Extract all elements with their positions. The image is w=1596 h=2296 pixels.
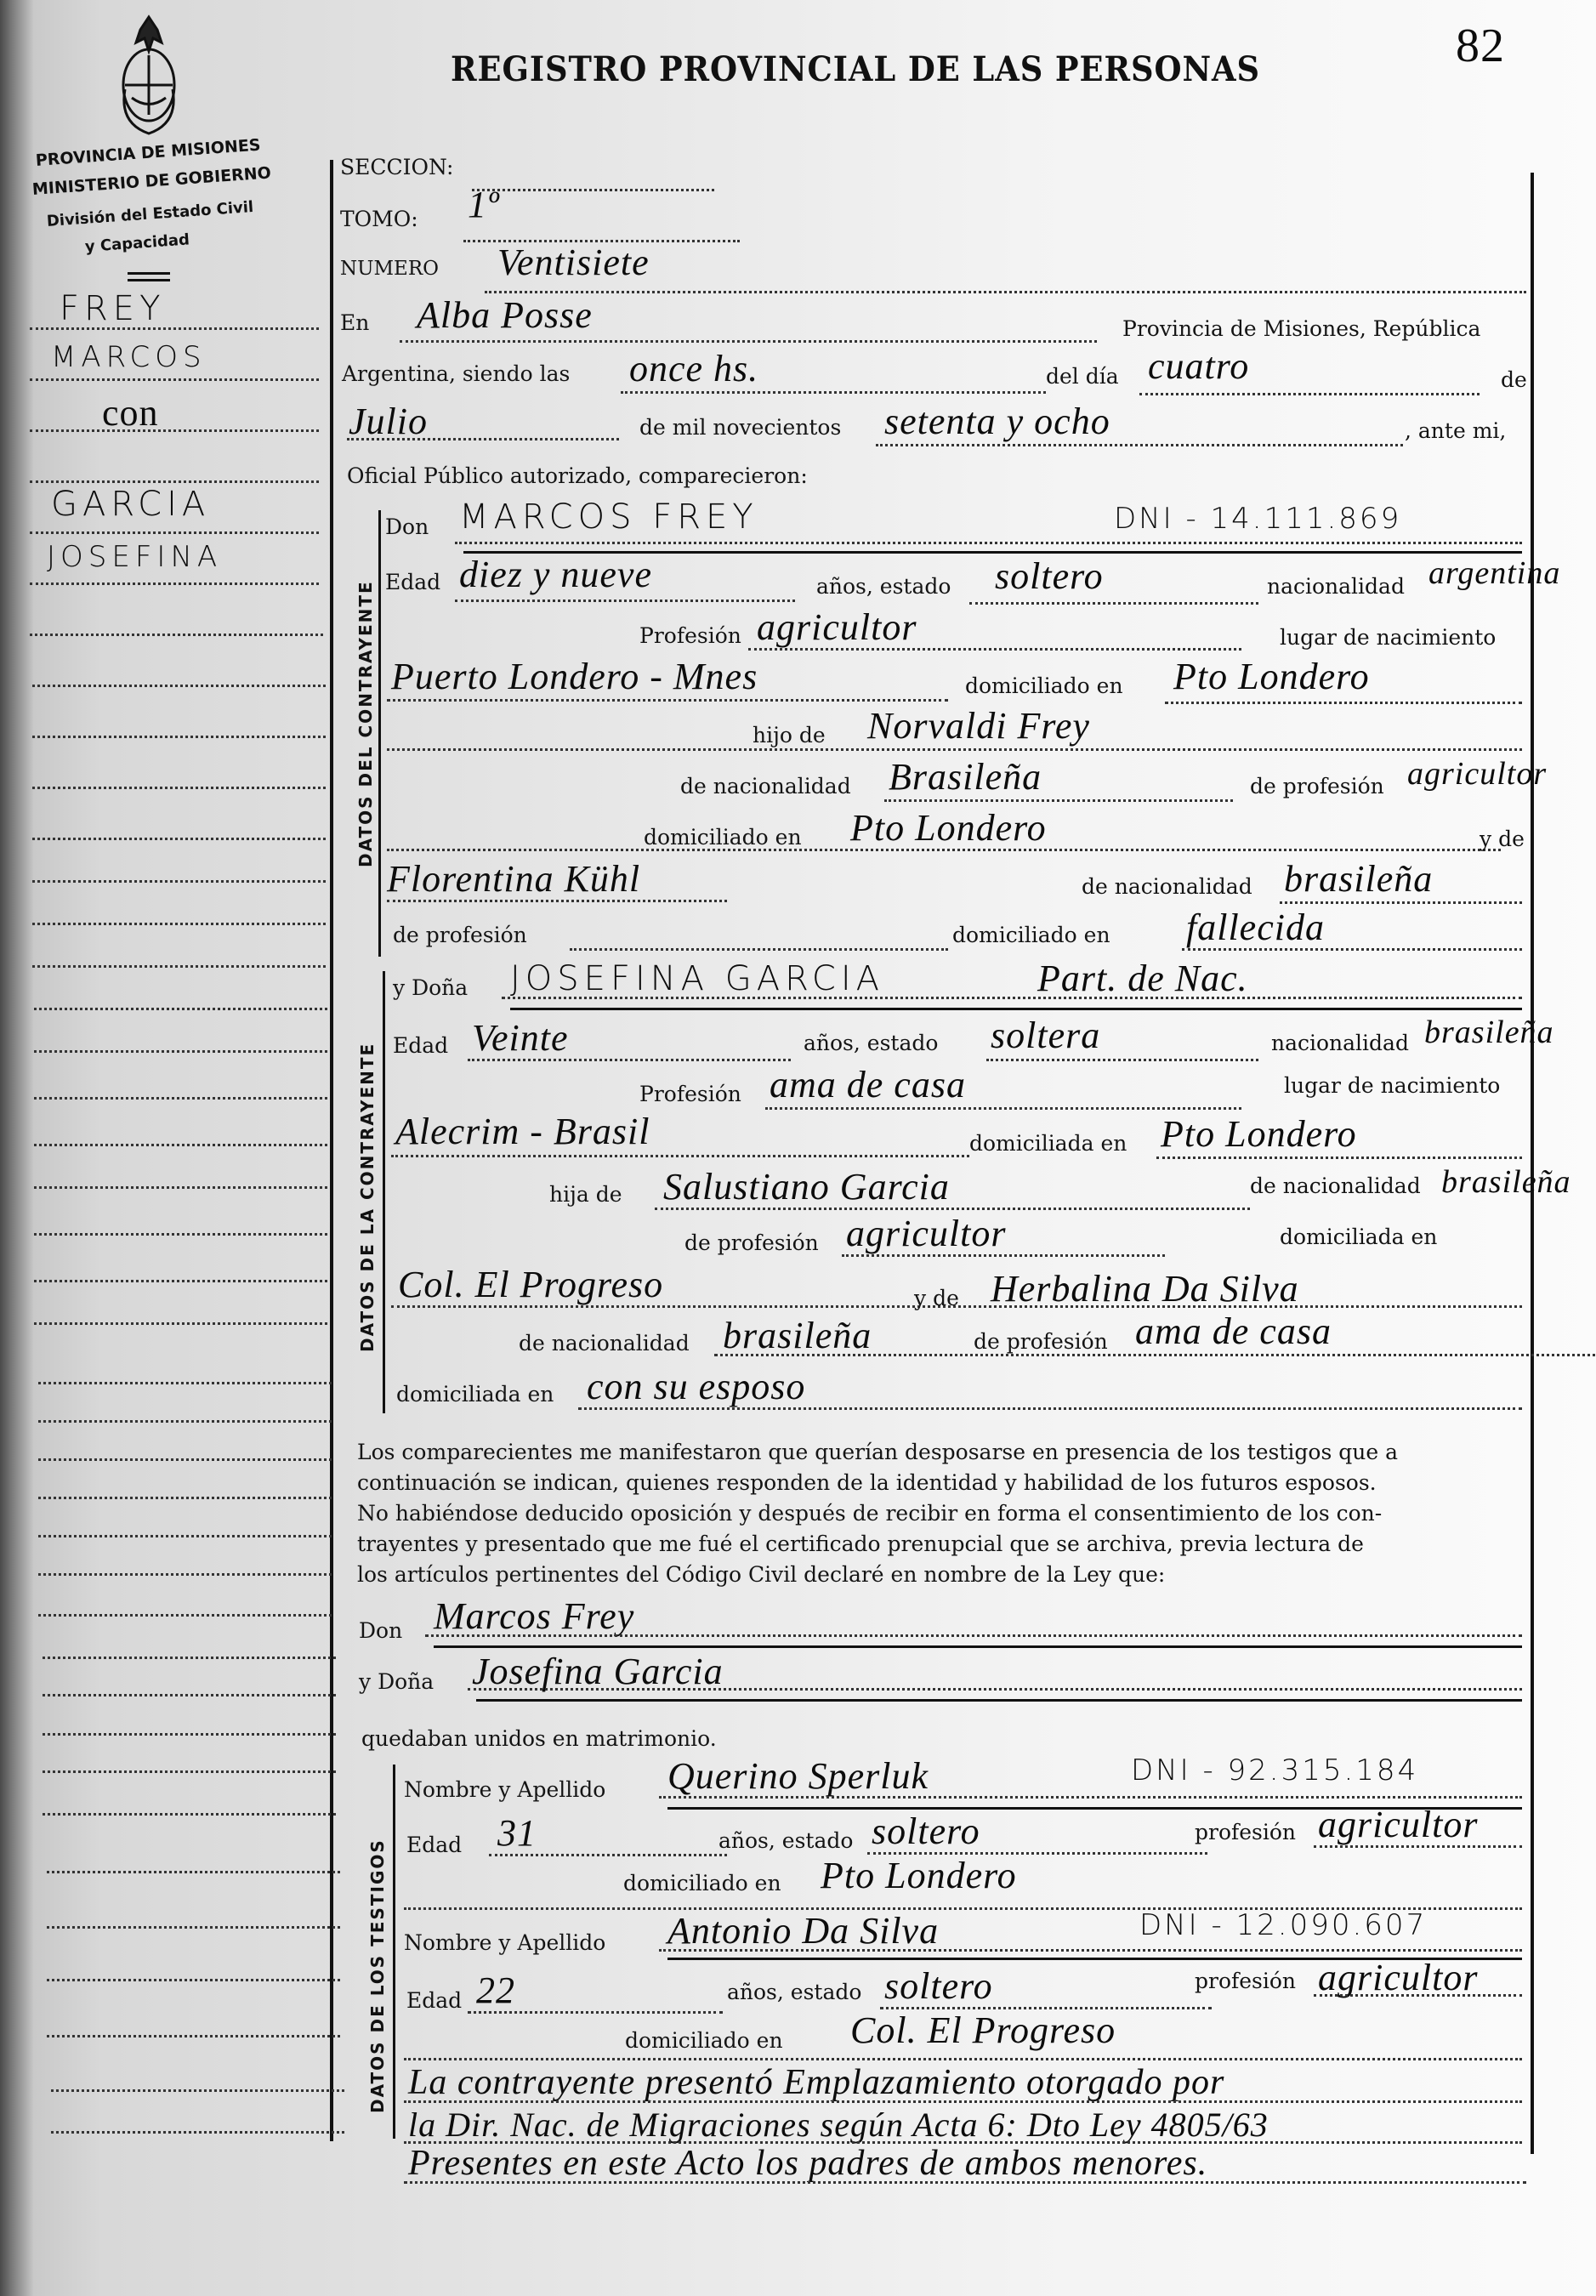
testigo1-documento[interactable]: DNI - 92.315.184 (1131, 1753, 1418, 1787)
section-label-testigos: DATOS DE LOS TESTIGOS (367, 1839, 388, 2113)
declaracion-line: trayentes y presentado que me fué el cer… (357, 1529, 1526, 1560)
testigo1-nombre-label: Nombre y Apellido (404, 1777, 605, 1802)
y-de-label: y de (914, 1286, 959, 1310)
padre-nac-line (884, 799, 1233, 802)
padre-profesion-label: de profesión (1250, 774, 1384, 798)
obs-line (404, 2100, 1522, 2103)
testigo1-edad[interactable]: 31 (497, 1811, 537, 1855)
dia-line (1139, 393, 1480, 395)
nacionalidad-label: nacionalidad (1271, 1031, 1409, 1055)
declaracion-line: Los comparecientes me manifestaron que q… (357, 1437, 1526, 1468)
hijo-de-label: hijo de (753, 723, 826, 747)
testigo2-estado-label: años, estado (727, 1980, 861, 2004)
testigo1-domiciliado-label: domiciliado en (623, 1871, 781, 1895)
seccion-label: SECCION: (340, 155, 453, 179)
contrayente-profesion[interactable]: agricultor (757, 605, 917, 649)
contrayenta-nota[interactable]: Part. de Nac. (1037, 957, 1248, 1000)
dona-line (502, 997, 1522, 999)
domiciliado-label: domiciliado en (965, 673, 1123, 698)
dona-label: y Doña (393, 975, 468, 1000)
page-number: 82 (1456, 19, 1505, 73)
contrayenta-madre-profesion[interactable]: ama de casa (1135, 1310, 1332, 1353)
contrayente-domicilio[interactable]: Pto Londero (1173, 655, 1370, 698)
testigo1-nombre-line (659, 1796, 1522, 1799)
divider (128, 279, 170, 281)
testigo2-domicilio[interactable]: Col. El Progreso (850, 2009, 1116, 2052)
padre-profesion-label: de profesión (684, 1230, 819, 1255)
contrayenta-edad[interactable]: Veinte (472, 1016, 569, 1060)
contrayente-estado[interactable]: soltero (995, 554, 1104, 598)
don-label: Don (385, 514, 429, 539)
edad-line (455, 600, 795, 602)
testigo2-domiciliado-label: domiciliado en (625, 2028, 783, 2053)
contrayenta-padre-profesion[interactable]: agricultor (846, 1212, 1006, 1255)
contrayenta-lugar-nacimiento[interactable]: Alecrim - Brasil (395, 1110, 650, 1153)
section-label-contrayente: DATOS DEL CONTRAYENTE (355, 580, 376, 867)
mes-line (347, 438, 619, 440)
agency-line: MINISTERIO DE GOBIERNO (31, 163, 271, 199)
edad-label: Edad (393, 1033, 448, 1058)
nacionalidad-label: nacionalidad (1267, 574, 1405, 599)
margin-index-name: MARCOS (51, 340, 207, 374)
madre-line (387, 900, 727, 902)
quedaban-text: quedaban unidos en matrimonio. (361, 1726, 717, 1751)
padre-domiciliado-label: domiciliado en (644, 825, 802, 850)
testigo1-nombre[interactable]: Querino Sperluk (667, 1754, 929, 1798)
madre-nac-line (1280, 901, 1522, 904)
padre-line (387, 748, 1522, 751)
profesion-line (748, 648, 1241, 651)
profesion-label: Profesión (639, 1082, 741, 1106)
testigo2-estado[interactable]: soltero (884, 1964, 993, 2008)
lugar-line (400, 340, 1097, 343)
argentina-text: Argentina, siendo las (342, 361, 570, 386)
don-rule (434, 1645, 1522, 1648)
contrayenta-padre-nacionalidad[interactable]: brasileña (1441, 1163, 1571, 1201)
margin-border (330, 160, 333, 2141)
madre-nacionalidad-label: de nacionalidad (519, 1331, 690, 1355)
madre-profesion-label: de profesión (393, 923, 527, 947)
madre-prof-line (570, 948, 948, 951)
contrayenta-padre[interactable]: Salustiano Garcia (663, 1165, 950, 1208)
testigo2-domicilio-line (404, 2058, 1522, 2060)
anios-estado-label: años, estado (816, 574, 951, 599)
margin-index-connector: con (102, 391, 159, 435)
section-border (383, 971, 385, 1413)
padre-line (655, 1208, 1250, 1210)
madre-nacionalidad-label: de nacionalidad (1082, 874, 1252, 899)
seccion-field[interactable] (472, 189, 714, 191)
testigo2-nombre-line (659, 1949, 1522, 1952)
contrayenta-madre[interactable]: Herbalina Da Silva (991, 1267, 1299, 1310)
testigo2-documento[interactable]: DNI - 12.090.607 (1139, 1908, 1427, 1942)
lugar-value[interactable]: Alba Posse (417, 293, 593, 337)
coat-of-arms-icon (115, 13, 183, 140)
profesion-label: Profesión (639, 623, 741, 648)
nacimiento-line (391, 1155, 969, 1157)
contrayente-padre[interactable]: Norvaldi Frey (867, 704, 1090, 747)
declaracion-don-value[interactable]: Marcos Frey (434, 1594, 634, 1638)
testigo1-profesion-label: profesión (1195, 1820, 1296, 1844)
padre-nacionalidad-label: de nacionalidad (680, 774, 851, 798)
section-label-contrayenta: DATOS DE LA CONTRAYENTE (357, 1043, 378, 1352)
divider (128, 272, 170, 275)
document-title: REGISTRO PROVINCIAL DE LAS PERSONAS (451, 49, 1260, 89)
testigo1-edad-line (489, 1854, 727, 1856)
mes-value[interactable]: Julio (349, 400, 428, 443)
contrayente-madre[interactable]: Florentina Kühl (387, 857, 640, 901)
anios-estado-label: años, estado (804, 1031, 938, 1055)
padre-nacionalidad-label: de nacionalidad (1250, 1174, 1421, 1198)
margin-index-name: JOSEFINA (47, 540, 222, 574)
agency-line: PROVINCIA DE MISIONES (35, 136, 261, 170)
testigo1-domicilio[interactable]: Pto Londero (821, 1854, 1017, 1897)
contrayenta-nacionalidad[interactable]: brasileña (1424, 1014, 1554, 1051)
madre-domiciliado-label: domiciliado en (952, 923, 1110, 947)
declaracion-dona-value[interactable]: Josefina Garcia (472, 1650, 724, 1693)
padre-domiciliada-label: domiciliada en (1280, 1225, 1437, 1249)
edad-line (468, 1059, 791, 1061)
testigo2-edad[interactable]: 22 (476, 1969, 515, 2012)
contrayenta-domicilio[interactable]: Pto Londero (1161, 1112, 1357, 1156)
margin-index-surname: GARCIA (51, 485, 210, 524)
padre-prof-line (842, 1254, 1165, 1257)
margin-index-surname: FREY (60, 289, 166, 328)
lugar-nacimiento-label: lugar de nacimiento (1280, 625, 1496, 650)
testigo1-estado[interactable]: soltero (872, 1810, 980, 1853)
madre-domiciliada-label: domiciliada en (396, 1382, 554, 1407)
dona-rule (510, 1008, 1522, 1010)
numero-value[interactable]: Ventisiete (497, 241, 650, 284)
testigo1-edad-label: Edad (406, 1833, 462, 1857)
testigo2-edad-line (468, 2011, 723, 2014)
provincia-text: Provincia de Misiones, República (1122, 316, 1480, 341)
contrayente-madre-domicilio[interactable]: fallecida (1186, 906, 1325, 949)
contrayenta-madre-nacionalidad[interactable]: brasileña (723, 1314, 872, 1357)
domiciliada-label: domiciliada en (969, 1131, 1127, 1156)
contrayenta-madre-domicilio[interactable]: con su esposo (587, 1365, 805, 1408)
declaracion-don-label: Don (359, 1618, 402, 1643)
madre-dom-line (1182, 948, 1522, 951)
declaracion-dona-label: y Doña (359, 1669, 434, 1694)
lugar-nacimiento-label: lugar de nacimiento (1284, 1073, 1500, 1098)
nacimiento-line (387, 699, 948, 702)
nombre-line (455, 542, 1522, 544)
contrayenta-padre-domicilio[interactable]: Col. El Progreso (398, 1263, 663, 1306)
contrayenta-estado[interactable]: soltera (991, 1014, 1100, 1057)
y-de-label: y de (1480, 827, 1525, 851)
agency-line: División del Estado Civil (46, 198, 253, 230)
numero-line (485, 291, 1526, 293)
contrayente-documento[interactable]: DNI - 14.111.869 (1114, 502, 1401, 536)
dia-label: del día (1046, 364, 1119, 389)
madre-nac-line (714, 1354, 1596, 1356)
oficial-text: Oficial Público autorizado, compareciero… (347, 463, 808, 488)
ante-mi-text: , ante mi, (1405, 418, 1506, 443)
anio-label: de mil novecientos (639, 415, 841, 440)
testigo2-profesion[interactable]: agricultor (1318, 1956, 1478, 1999)
declaracion-line: No habiéndose deducido oposición y despu… (357, 1498, 1526, 1529)
obs-line (404, 2181, 1526, 2184)
numero-label: NUMERO (340, 258, 439, 280)
contrayente-edad[interactable]: diez y nueve (459, 553, 652, 596)
contrayente-padre-domicilio[interactable]: Pto Londero (850, 806, 1047, 850)
padre-dom-line (387, 849, 1501, 851)
edad-label: Edad (385, 570, 440, 594)
declaracion-paragraph: Los comparecientes me manifestaron que q… (357, 1437, 1526, 1590)
anio-value[interactable]: setenta y ocho (884, 400, 1110, 443)
observacion-line[interactable]: la Dir. Nac. de Migraciones según Acta 6… (408, 2105, 1269, 2145)
observacion-line[interactable]: La contrayente presentó Emplazamiento ot… (408, 2062, 1224, 2103)
testigo2-nombre[interactable]: Antonio Da Silva (667, 1909, 939, 1952)
en-label: En (340, 310, 369, 335)
domicilio-line (1156, 1157, 1522, 1159)
contrayenta-profesion[interactable]: ama de casa (770, 1063, 966, 1106)
anio-line (876, 444, 1403, 446)
hija-de-label: hija de (549, 1182, 622, 1207)
testigo2-profesion-label: profesión (1195, 1969, 1296, 1993)
contrayente-madre-nacionalidad[interactable]: brasileña (1284, 857, 1433, 901)
testigo1-estado-label: años, estado (718, 1828, 853, 1853)
don-line (425, 1634, 1522, 1637)
contrayenta-nombre[interactable]: JOSEFINA GARCIA (510, 959, 884, 998)
testigo2-profesion-line (1314, 1994, 1522, 1997)
testigo2-edad-label: Edad (406, 1988, 462, 2013)
estado-line (986, 1059, 1258, 1061)
testigo1-profesion-line (1314, 1845, 1522, 1848)
tomo-label: TOMO: (340, 207, 418, 231)
dia-value[interactable]: cuatro (1148, 344, 1249, 388)
hora-value[interactable]: once hs. (629, 347, 758, 390)
contrayente-lugar-nacimiento[interactable]: Puerto Londero - Mnes (391, 655, 758, 698)
testigo2-nombre-label: Nombre y Apellido (404, 1930, 605, 1955)
contrayente-padre-nacionalidad[interactable]: Brasileña (889, 755, 1042, 798)
madre-profesion-label: de profesión (974, 1329, 1108, 1354)
hora-line (621, 391, 1046, 394)
dona-line (468, 1688, 1522, 1691)
declaracion-line: los artículos pertinentes del Código Civ… (357, 1560, 1526, 1590)
declaracion-line: continuación se indican, quienes respond… (357, 1468, 1526, 1498)
section-border (378, 510, 381, 957)
contrayente-nacionalidad[interactable]: argentina (1428, 554, 1560, 592)
domicilio-line (1165, 702, 1522, 704)
agency-line: y Capacidad (84, 230, 190, 256)
observacion-line[interactable]: Presentes en este Acto los padres de amb… (408, 2143, 1207, 2184)
testigo1-profesion[interactable]: agricultor (1318, 1803, 1478, 1846)
estado-line (969, 602, 1258, 605)
contrayente-padre-profesion[interactable]: agricultor (1407, 755, 1547, 793)
dona-rule (476, 1699, 1522, 1702)
profesion-line (765, 1107, 1241, 1110)
de-label: de (1501, 367, 1527, 392)
section-border (393, 1765, 395, 2139)
madre-dom-line (578, 1407, 1522, 1410)
tomo-value[interactable]: 1º (468, 183, 500, 226)
contrayente-nombre[interactable]: MARCOS FREY (459, 497, 758, 537)
